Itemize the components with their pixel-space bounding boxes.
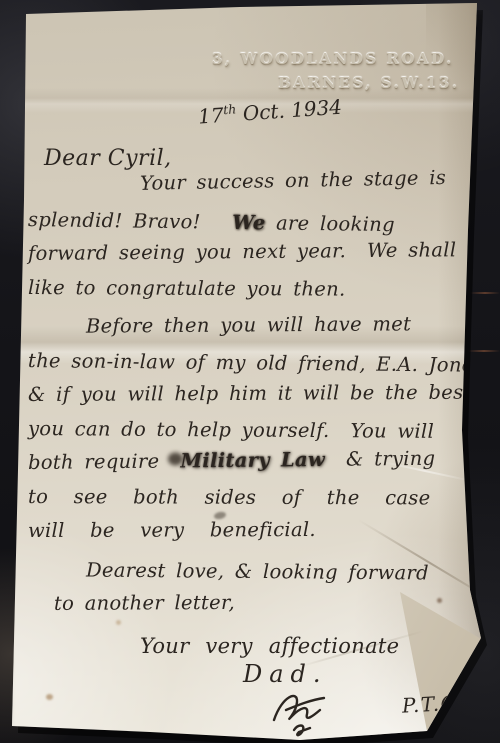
letter-line-segment: & if you will help him it will be the be… (28, 381, 472, 406)
letter-line-segment: will be very beneficial. (28, 518, 316, 542)
letter-line-segment: the son-in-law of my old friend, E.A. Jo… (28, 349, 484, 377)
letter-line-segment: We (232, 211, 266, 234)
letter-line: to see both sides of the case (28, 480, 474, 516)
date-month-year: Oct. 1934 (236, 95, 343, 126)
letter-line: both require Military Law & trying (28, 441, 474, 480)
letter-line-segment: to see both sides of the case (28, 485, 431, 509)
letter-line-segment: splendid! Bravo! (28, 208, 233, 234)
photo-background: 3, WOODLANDS ROAD. BARNES, S.W.13. 17th … (0, 0, 500, 743)
signature-flourish (266, 688, 344, 738)
letterhead-address-line1: 3, WOODLANDS ROAD. (212, 50, 454, 68)
letter-line-segment: Dearest love, & looking forward (86, 559, 429, 585)
letter-line: Before then you will have met (28, 307, 474, 344)
letter-line-segment: are looking (265, 211, 395, 236)
letter-line-segment: to another letter, (54, 591, 235, 615)
letter-line-segment: like to congratulate you then. (28, 276, 346, 301)
letter-line-segment: Military Law (180, 448, 325, 473)
letter-line: & if you will help him it will be the be… (28, 376, 474, 412)
leather-seam (468, 350, 500, 352)
letter-line-segment: you can do to help yourself. You will (28, 417, 434, 443)
letter-line: forward seeing you next year. We shall (28, 233, 474, 271)
letter-date: 17th Oct. 1934 (197, 94, 342, 129)
letter-valediction: Your very affectionate (140, 634, 399, 658)
letter-line-segment: Your success on the stage is (140, 166, 447, 195)
letter-line: Your success on the stage is (28, 160, 475, 203)
letterhead-address-line2: BARNES, S.W.13. (278, 74, 460, 92)
paper-torn-edge (12, 86, 25, 115)
letter-line-segment: & trying (325, 447, 436, 471)
letter-line-segment: Before then you will have met (86, 312, 411, 337)
letter-line-segment: both require (28, 449, 181, 474)
valediction-text: Your very affectionate (140, 634, 399, 658)
letter-line: like to congratulate you then. (28, 271, 474, 307)
letter-line-segment: forward seeing you next year. We shall (28, 238, 457, 265)
letter-line: will be very beneficial. (28, 512, 474, 548)
date-day: 17 (197, 103, 224, 129)
letter-line: to another letter, (28, 585, 474, 621)
paper-stain (46, 694, 53, 700)
signature-name: Dad. (243, 660, 328, 688)
letter-body: Your success on the stage issplendid! Br… (28, 169, 474, 621)
letter-paper: 3, WOODLANDS ROAD. BARNES, S.W.13. 17th … (0, 0, 500, 743)
leather-seam (470, 292, 500, 294)
